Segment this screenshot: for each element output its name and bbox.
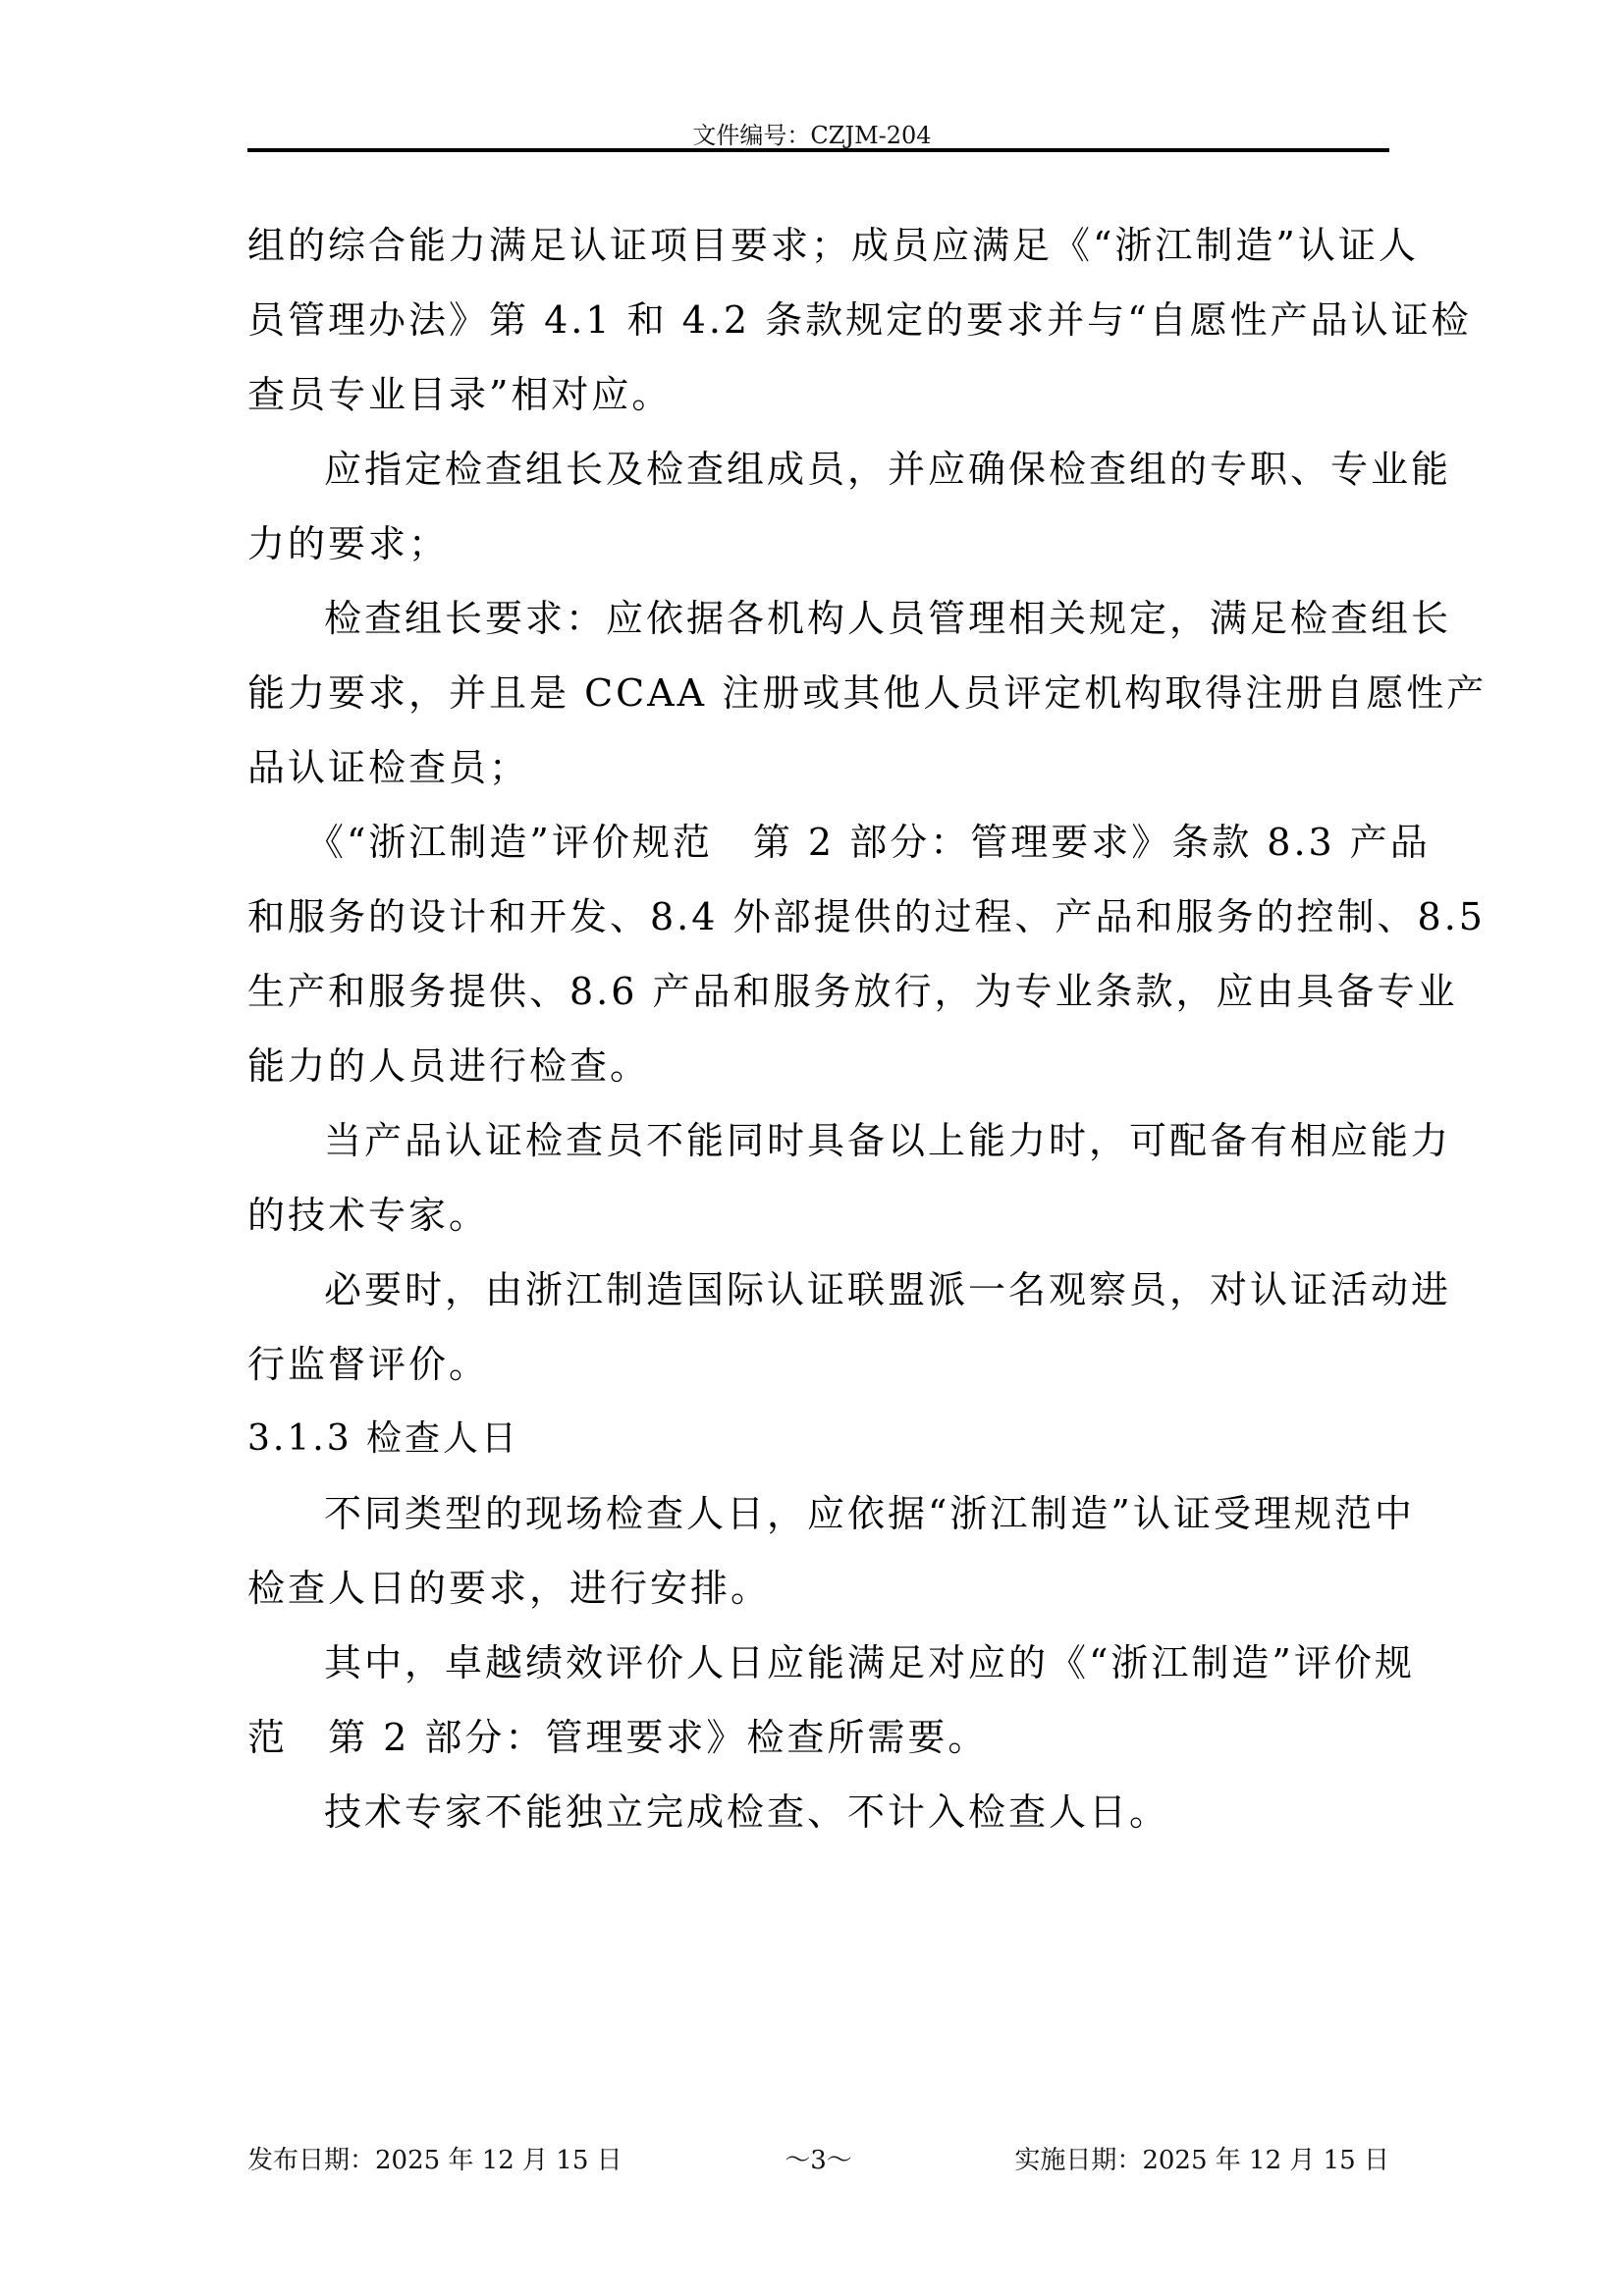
page-footer: 发布日期：2025 年 12 月 15 日 ～3～ 实施日期：2025 年 12… (247, 2140, 1389, 2179)
body-line: 能力的人员进行检查。 (247, 1029, 1389, 1103)
body-line: 和服务的设计和开发、8.4 外部提供的过程、产品和服务的控制、8.5 (247, 880, 1389, 954)
body-line: 不同类型的现场检查人日，应依据“浙江制造”认证受理规范中 (247, 1476, 1389, 1551)
header-rule (247, 148, 1389, 152)
body-line: 检查人日的要求，进行安排。 (247, 1551, 1389, 1626)
body-line: 范 第 2 部分：管理要求》检查所需要。 (247, 1700, 1389, 1775)
body-line: 《“浙江制造”评价规范 第 2 部分：管理要求》条款 8.3 产品 (247, 805, 1389, 880)
body-line: 力的要求； (247, 507, 1389, 581)
effective-date: 实施日期：2025 年 12 月 15 日 (1014, 2140, 1389, 2176)
body-line: 技术专家不能独立完成检查、不计入检查人日。 (247, 1775, 1389, 1849)
body-line: 能力要求，并且是 CCAA 注册或其他人员评定机构取得注册自愿性产 (247, 656, 1389, 730)
body-line: 当产品认证检查员不能同时具备以上能力时，可配备有相应能力 (247, 1103, 1389, 1178)
body-line: 检查组长要求：应依据各机构人员管理相关规定，满足检查组长 (247, 581, 1389, 656)
body-line: 生产和服务提供、8.6 产品和服务放行，为专业条款，应由具备专业 (247, 954, 1389, 1029)
body-line: 组的综合能力满足认证项目要求；成员应满足《“浙江制造”认证人 (247, 208, 1389, 283)
body-line: 查员专业目录”相对应。 (247, 357, 1389, 432)
section-heading: 3.1.3 检查人日 (247, 1402, 1389, 1476)
body-line: 行监督评价。 (247, 1327, 1389, 1402)
document-number: 文件编号：CZJM-204 (0, 116, 1624, 150)
body-line: 品认证检查员； (247, 730, 1389, 805)
body-line: 应指定检查组长及检查组成员，并应确保检查组的专职、专业能 (247, 432, 1389, 507)
body-line: 其中，卓越绩效评价人日应能满足对应的《“浙江制造”评价规 (247, 1626, 1389, 1700)
body-line: 必要时，由浙江制造国际认证联盟派一名观察员，对认证活动进 (247, 1253, 1389, 1327)
document-body: 组的综合能力满足认证项目要求；成员应满足《“浙江制造”认证人 员管理办法》第 4… (247, 208, 1389, 1849)
body-line: 员管理办法》第 4.1 和 4.2 条款规定的要求并与“自愿性产品认证检 (247, 283, 1389, 357)
body-line: 的技术专家。 (247, 1178, 1389, 1253)
